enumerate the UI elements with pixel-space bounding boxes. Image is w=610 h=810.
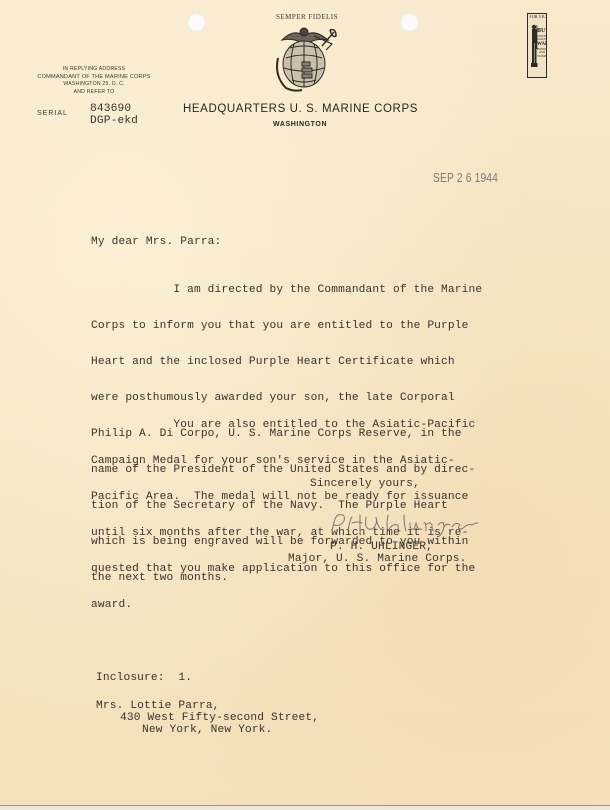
paragraph-line: Pacific Area. The medal will not be read…	[91, 491, 475, 503]
closing: Sincerely yours,	[310, 478, 420, 490]
paragraph-line: Campaign Medal for your son's service in…	[91, 455, 475, 467]
paragraph-line: Heart and the inclosed Purple Heart Cert…	[91, 356, 482, 368]
reply-address-block: IN REPLYING ADDRESS COMMANDANT OF THE MA…	[30, 66, 158, 96]
salutation: My dear Mrs. Parra:	[91, 236, 221, 248]
recipient-name: Mrs. Lottie Parra,	[96, 700, 220, 712]
letterhead-title: HEADQUARTERS U. S. MARINE CORPS	[183, 103, 418, 115]
reply-line: IN REPLYING ADDRESS	[30, 66, 158, 74]
signer-name: P. H. UHLINGER,	[330, 541, 433, 553]
stamp-small-text: UNITED STATES	[537, 35, 547, 42]
reply-line: AND REFER TO	[30, 89, 158, 97]
recipient-street: 430 West Fifty-second Street,	[120, 712, 319, 724]
paper-bottom-edge	[0, 805, 610, 810]
date-stamp: SEP 2 6 1944	[433, 171, 498, 185]
stamp-war: WAR	[537, 42, 547, 48]
signer-title: Major, U. S. Marine Corps.	[288, 553, 466, 565]
stamp-header: FOR VICTORY	[529, 15, 544, 20]
recipient-city: New York, New York.	[142, 724, 272, 736]
reply-line: COMMANDANT OF THE MARINE CORPS	[30, 74, 158, 82]
eagle-globe-anchor-icon	[272, 18, 338, 94]
war-bonds-stamp: FOR VICTORY BUY UNITED STATES WAR BONDS …	[527, 13, 547, 78]
stamp-stamps: STAMPS	[537, 55, 547, 58]
stamp-buy: BUY	[537, 28, 547, 35]
paragraph-2: You are also entitled to the Asiatic-Pac…	[91, 395, 475, 623]
handwritten-signature: P.H. Uhlinger	[326, 511, 486, 537]
enclosure-note: Inclosure: 1.	[96, 672, 192, 684]
punch-hole	[187, 13, 206, 32]
punch-hole	[400, 13, 419, 32]
paragraph-line: You are also entitled to the Asiatic-Pac…	[91, 419, 475, 431]
serial-label: SERIAL	[37, 110, 68, 117]
paragraph-line: I am directed by the Commandant of the M…	[91, 284, 482, 296]
reply-line: WASHINGTON 25, D. C.	[30, 81, 158, 89]
letterhead-subtitle: WASHINGTON	[273, 121, 327, 128]
paragraph-line: Corps to inform you that you are entitle…	[91, 320, 482, 332]
serial-number: 843690	[90, 103, 131, 115]
reference-code: DGP-ekd	[90, 115, 138, 127]
paragraph-line: award.	[91, 599, 475, 611]
